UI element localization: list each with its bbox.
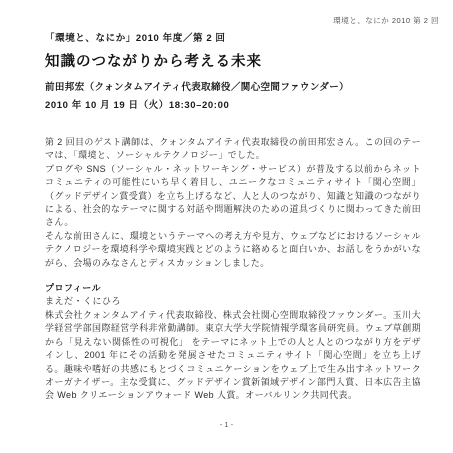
page-content: 「環境と、なにか」2010 年度／第 2 回 知識のつながりから考える未来 前田… <box>45 30 421 403</box>
page-title: 知識のつながりから考える未来 <box>45 50 421 71</box>
document-page: 環境と、なにか 2010 第 2 回 「環境と、なにか」2010 年度／第 2 … <box>0 0 453 453</box>
body-paragraph: 第 2 回目のゲスト講師は、クォンタムアイティ代表取締役の前田邦宏さん。この回の… <box>45 136 421 163</box>
profile-heading: プロフィール <box>45 282 421 295</box>
body-paragraph: ブログや SNS（ソーシャル・ネットワーキング・サービス）が普及する以前からネッ… <box>45 163 421 230</box>
profile-section: プロフィール まえだ・くにひろ 株式会社クォンタムアイティ代表取締役、株式会社関… <box>45 282 421 403</box>
datetime-line: 2010 年 10 月 19 日（火）18:30–20:00 <box>45 97 421 111</box>
page-number: - 1 - <box>0 420 453 429</box>
profile-bio: 株式会社クォンタムアイティ代表取締役、株式会社関心空間取締役ファウンダー。玉川大… <box>45 309 421 403</box>
series-title: 「環境と、なにか」2010 年度／第 2 回 <box>45 30 421 44</box>
profile-name: まえだ・くにひろ <box>45 295 421 308</box>
lecture-summary: 第 2 回目のゲスト講師は、クォンタムアイティ代表取締役の前田邦宏さん。この回の… <box>45 136 421 270</box>
speaker-line: 前田邦宏（クォンタムアイティ代表取締役／関心空間ファウンダー） <box>45 79 421 93</box>
running-header: 環境と、なにか 2010 第 2 回 <box>333 15 439 26</box>
body-paragraph: そんな前田さんに、環境というテーマへの考え方や見方、ウェブなどにおけるソーシャル… <box>45 230 421 270</box>
